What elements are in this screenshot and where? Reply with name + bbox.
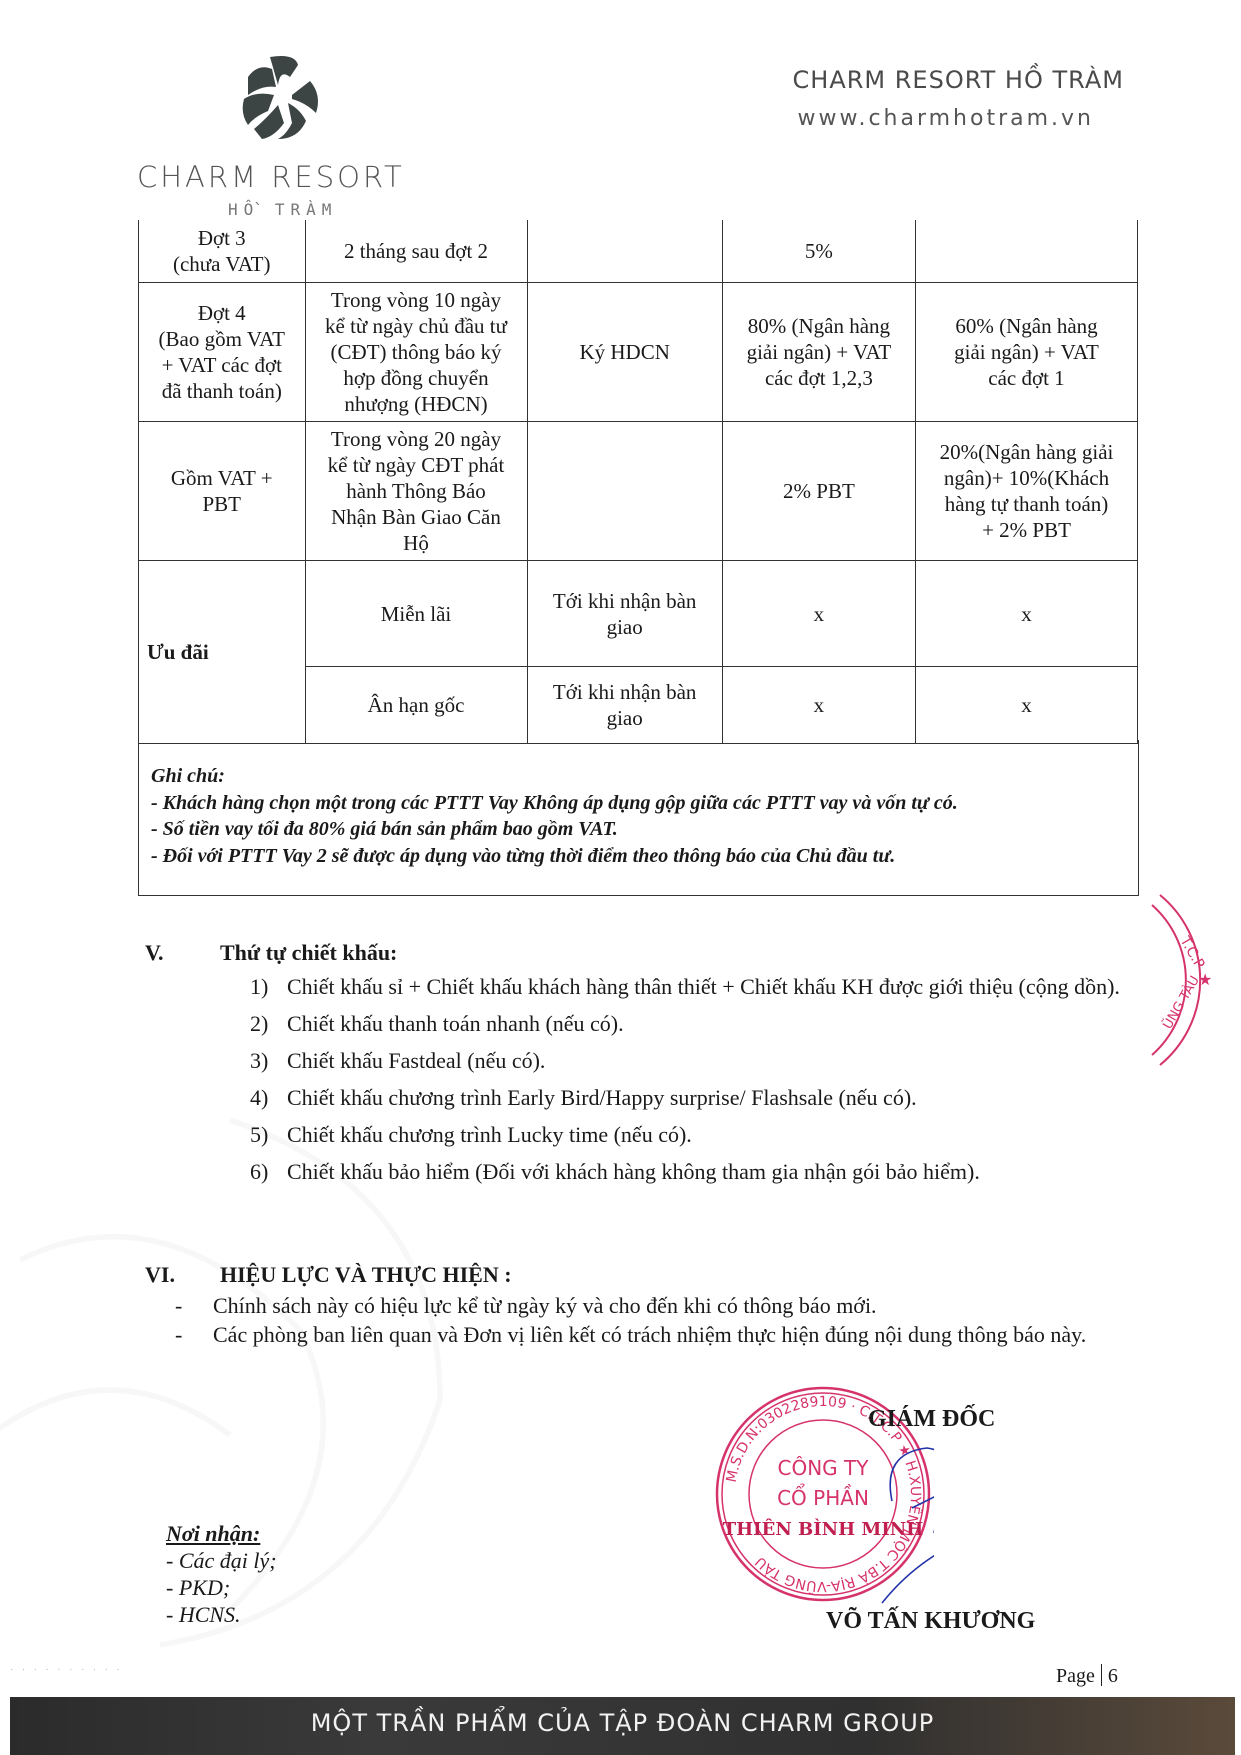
svg-text:T.C.P: T.C.P <box>1176 933 1207 971</box>
table-row: Ưu đãi Miễn lãi Tới khi nhận bàngiao x x <box>139 561 1138 667</box>
note-item: - Khách hàng chọn một trong các PTTT Vay… <box>151 790 1126 817</box>
charm-shell-logo-icon <box>240 55 322 140</box>
timing-cell: 2 tháng sau đợt 2 <box>305 220 527 283</box>
recipient-item: - PKD; <box>166 1574 277 1601</box>
incentive-name-cell: Ân hạn gốc <box>305 667 527 744</box>
recipients-heading: Nơi nhận: <box>166 1520 277 1547</box>
option-b-cell: x <box>915 561 1137 667</box>
header-title: CHARM RESORT HỒ TRÀM <box>793 66 1124 94</box>
footer-banner: MỘT TRẦN PHẨM CỦA TẬP ĐOÀN CHARM GROUP <box>10 1697 1235 1755</box>
option-a-cell: 80% (Ngân hànggiải ngân) + VATcác đợt 1,… <box>722 283 915 422</box>
svg-text:CỔ PHẦN: CỔ PHẦN <box>777 1484 869 1510</box>
page-number: Page6 <box>1056 1664 1118 1688</box>
condition-cell <box>527 422 722 561</box>
notes-heading: Ghi chú: <box>151 763 1126 790</box>
table-row: Đợt 3(chưa VAT) 2 tháng sau đợt 2 5% <box>139 220 1138 283</box>
svg-text:CÔNG TY: CÔNG TY <box>778 1456 870 1480</box>
list-item: -Các phòng ban liên quan và Đơn vị liên … <box>175 1321 1135 1349</box>
header-website: www.charmhotram.vn <box>797 106 1094 131</box>
list-item: 2)Chiết khấu thanh toán nhanh (nếu có). <box>250 1010 1140 1038</box>
section-number: V. <box>145 940 164 966</box>
table-row: Đợt 4(Bao gồm VAT+ VAT các đợtđã thanh t… <box>139 283 1138 422</box>
signatory-name: VÕ TẤN KHƯƠNG <box>826 1608 1035 1635</box>
scan-artifact: · · · · · · · · · · <box>10 1665 123 1676</box>
list-item: -Chính sách này có hiệu lực kể từ ngày k… <box>175 1292 1135 1320</box>
incentives-label: Ưu đãi <box>139 561 306 744</box>
svg-text:THIÊN BÌNH MINH: THIÊN BÌNH MINH <box>723 1517 923 1540</box>
notes-box: Ghi chú: - Khách hàng chọn một trong các… <box>138 740 1139 896</box>
signatory-title: GIÁM ĐỐC <box>868 1406 995 1433</box>
option-a-cell: 5% <box>722 220 915 283</box>
incentive-duration-cell: Tới khi nhận bàngiao <box>527 561 722 667</box>
option-b-cell: 20%(Ngân hàng giảingân)+ 10%(Kháchhàng t… <box>915 422 1137 561</box>
side-stamp-fragment-icon: T.C.P ★ ŨNG TÀU <box>1150 890 1240 1070</box>
option-b-cell: x <box>915 667 1137 744</box>
stage-cell: Đợt 3(chưa VAT) <box>139 220 306 283</box>
recipient-item: - HCNS. <box>166 1601 277 1628</box>
stage-cell: Gồm VAT +PBT <box>139 422 306 561</box>
option-a-cell: x <box>722 561 915 667</box>
list-item: 1)Chiết khấu sỉ + Chiết khấu khách hàng … <box>250 973 1140 1001</box>
incentive-duration-cell: Tới khi nhận bàngiao <box>527 667 722 744</box>
option-b-cell: 60% (Ngân hànggiải ngân) + VATcác đợt 1 <box>915 283 1137 422</box>
footer-banner-text: MỘT TRẦN PHẨM CỦA TẬP ĐOÀN CHARM GROUP <box>311 1709 935 1737</box>
svg-text:★: ★ <box>1198 970 1212 989</box>
recipient-item: - Các đại lý; <box>166 1547 277 1574</box>
option-a-cell: x <box>722 667 915 744</box>
list-item: 5)Chiết khấu chương trình Lucky time (nế… <box>250 1121 1140 1149</box>
table-row: Gồm VAT +PBT Trong vòng 20 ngàykể từ ngà… <box>139 422 1138 561</box>
list-item: 4)Chiết khấu chương trình Early Bird/Hap… <box>250 1084 1140 1112</box>
timing-cell: Trong vòng 10 ngàykể từ ngày chủ đầu tư(… <box>305 283 527 422</box>
option-b-cell <box>915 220 1137 283</box>
list-item: 3)Chiết khấu Fastdeal (nếu có). <box>250 1047 1140 1075</box>
section-number: VI. <box>145 1262 175 1288</box>
option-a-cell: 2% PBT <box>722 422 915 561</box>
section-title: Thứ tự chiết khấu: <box>220 940 397 966</box>
condition-cell: Ký HDCN <box>527 283 722 422</box>
incentive-name-cell: Miễn lãi <box>305 561 527 667</box>
logo-wordmark: CHARM RESORT <box>137 160 405 194</box>
effectiveness-list: -Chính sách này có hiệu lực kể từ ngày k… <box>175 1292 1135 1350</box>
condition-cell <box>527 220 722 283</box>
stage-cell: Đợt 4(Bao gồm VAT+ VAT các đợtđã thanh t… <box>139 283 306 422</box>
payment-schedule-table: Đợt 3(chưa VAT) 2 tháng sau đợt 2 5% Đợt… <box>138 220 1138 744</box>
discount-order-list: 1)Chiết khấu sỉ + Chiết khấu khách hàng … <box>250 973 1140 1195</box>
section-title: HIỆU LỰC VÀ THỰC HIỆN : <box>220 1262 512 1288</box>
list-item: 6)Chiết khấu bảo hiểm (Đối với khách hàn… <box>250 1158 1140 1186</box>
note-item: - Đối với PTTT Vay 2 sẽ được áp dụng vào… <box>151 843 1126 870</box>
logo-subtext: HỒ TRÀM <box>228 200 337 219</box>
timing-cell: Trong vòng 20 ngàykể từ ngày CĐT pháthàn… <box>305 422 527 561</box>
note-item: - Số tiền vay tối đa 80% giá bán sản phẩ… <box>151 816 1126 843</box>
recipients-block: Nơi nhận: - Các đại lý; - PKD; - HCNS. <box>166 1520 277 1628</box>
svg-text:ŨNG TÀU: ŨNG TÀU <box>1160 973 1203 1032</box>
